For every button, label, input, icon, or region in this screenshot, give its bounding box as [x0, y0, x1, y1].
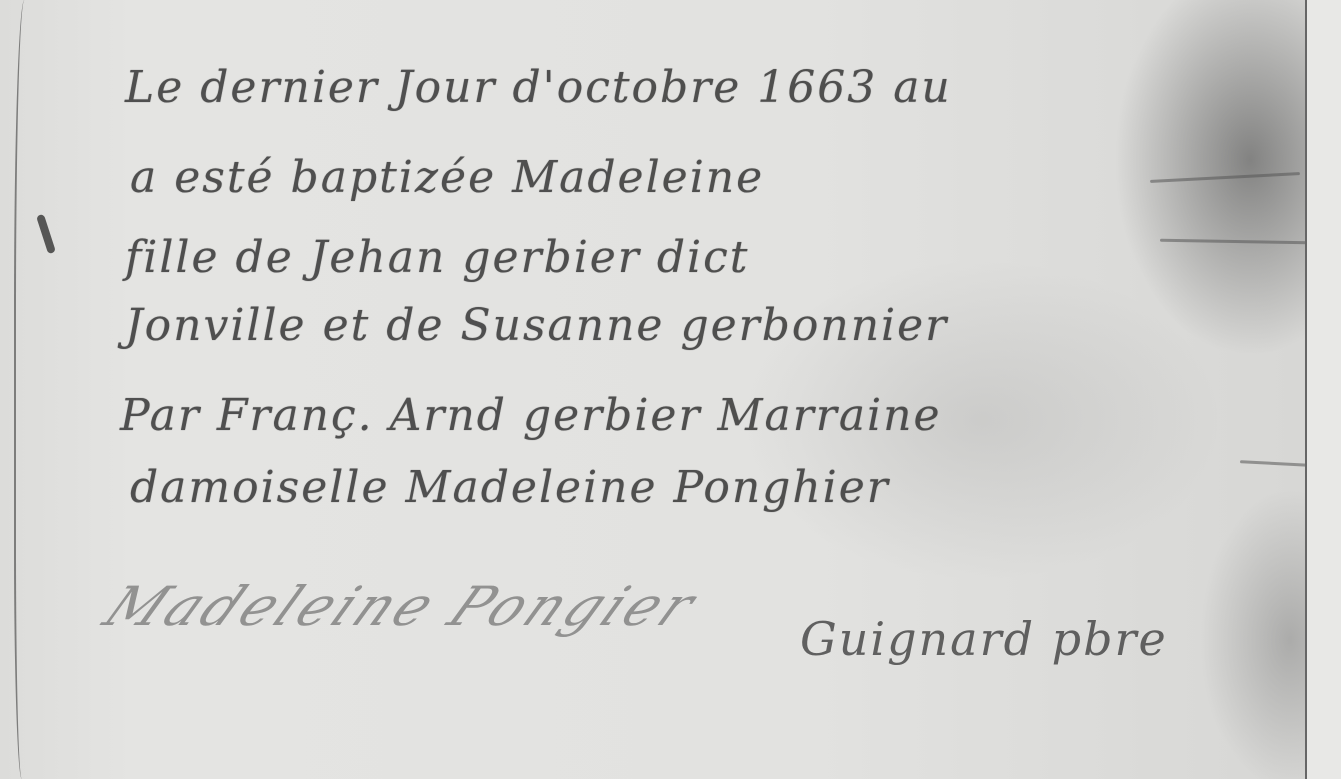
- signature-godmother: Madeleine Pongier: [93, 575, 710, 638]
- record-line-5: Par Franç. Arnd gerbier Marraine: [120, 390, 942, 441]
- document-page: Le dernier Jour d'octobre 1663 au a esté…: [0, 0, 1341, 779]
- record-line-6: damoiselle Madeleine Ponghier: [130, 462, 890, 513]
- torn-left-margin: [14, 0, 40, 779]
- line-filler-stroke: [1160, 239, 1310, 245]
- line-filler-stroke: [1240, 460, 1310, 467]
- record-line-4: Jonville et de Susanne gerbonnier: [125, 300, 948, 351]
- record-line-1: Le dernier Jour d'octobre 1663 au: [125, 62, 952, 113]
- signature-priest: Guignard pbre: [800, 612, 1168, 666]
- record-line-3: fille de Jehan gerbier dict: [125, 232, 749, 283]
- page-right-edge: [1305, 0, 1341, 779]
- record-line-2: a esté baptizée Madeleine: [130, 152, 764, 203]
- line-filler-stroke: [1150, 172, 1300, 183]
